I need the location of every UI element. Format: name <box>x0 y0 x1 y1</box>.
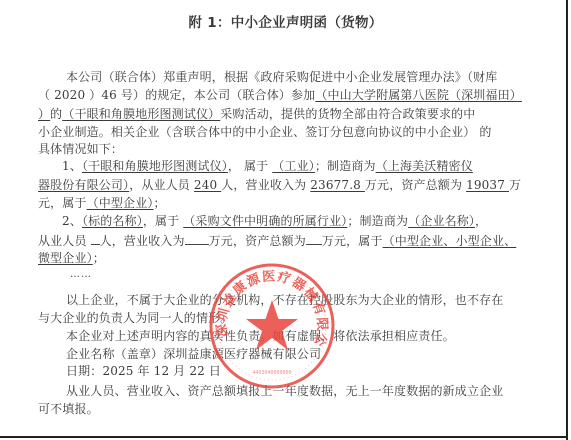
footnote-line1: 从业人员、营业收入、资产总额填报上一年度数据，无上一年度数据的新成立企业 <box>66 384 566 398</box>
item2-sep3: ， <box>475 214 487 228</box>
company-signature: 企业名称（盖章）深圳益康源医疗器械有限公司 <box>66 347 566 361</box>
item2-industry: （采购文件中明确的所属行业） <box>183 214 347 228</box>
text-of: 的 <box>50 107 62 121</box>
item1-sep1: ， 属于 <box>228 159 272 173</box>
para1-line5: 具体情况如下： <box>38 142 538 156</box>
purchaser-name: （中山大学附属第八医院（深圳福田） <box>315 88 522 102</box>
item1-assets-label: 万元，资产总额为 <box>365 178 466 192</box>
item1-staff: 240 <box>194 178 221 192</box>
para1-line1: 本公司（联合体）郑重声明，根据《政府采购促进中小企业发展管理办法》（财库 <box>66 70 566 84</box>
item2-sep2: ；制造商为 <box>347 214 408 228</box>
ellipsis: …… <box>70 268 570 282</box>
footnote-line2: 可不填报。 <box>38 402 538 416</box>
item1-line2: 器股份有限公司），从业人员 240 人，营业收入为 23677.8 万元，资产总… <box>38 178 538 192</box>
project-name: （干眼和角膜地形图测试仪） <box>62 107 220 121</box>
page-title: 附 1：中小企业声明函（货物） <box>0 11 571 31</box>
item2-size-cont: 微型企业） <box>38 251 93 265</box>
item2-line2: 从业人员 人，营业收入为万元，资产总额为万元，属于（中型企业、小型企业、 <box>38 233 538 248</box>
item1-revenue: 23677.8 <box>310 178 365 192</box>
page-border-right <box>566 0 568 440</box>
item1-maker: （上海美沃精密仪 <box>376 159 473 173</box>
declaration-date: 日期：2025 年 12 月 22 日 <box>66 364 566 378</box>
item2-size: （中型企业、小型企业、 <box>383 234 517 248</box>
item1-maker-cont: 器股份有限公司） <box>38 178 129 192</box>
item1-number: 1、 <box>62 159 82 173</box>
para1-line3: ）的（干眼和角膜地形图测试仪）采购活动，提供的货物全部由符合政策要求的中 <box>38 107 538 121</box>
para2-line3: 本企业对上述声明内容的真实性负责。如有虚假，将依法承担相应责任。 <box>66 329 566 343</box>
item1-industry: （工业） <box>272 159 315 173</box>
item2-line3: 微型企业）； <box>38 251 538 265</box>
item1-line3: 元，属于（中型企业）； <box>38 196 538 210</box>
para2-line1: 以上企业，不属于大企业的分支机构，不存在控股股东为大企业的情形，也不存在 <box>66 293 566 307</box>
item1-staff-label: ，从业人员 <box>129 178 194 192</box>
item2-size-label: 万元，属于 <box>322 234 383 248</box>
item2-staff-blank <box>91 233 100 245</box>
item2-end: ； <box>93 251 105 265</box>
item1-assets: 19037 <box>466 178 509 192</box>
item2-number: 2、 <box>62 214 82 228</box>
page-border-bottom <box>0 436 568 438</box>
item1-assets-unit: 万 <box>509 178 521 192</box>
item1-size: （中型企业） <box>87 196 154 210</box>
item1-size-label: 元，属于 <box>38 196 87 210</box>
item1-end: ； <box>154 196 166 210</box>
regulation-ref: （ 2020 ）46 号）的规定，本公司（联合体）参加 <box>38 88 315 102</box>
item2-maker: （企业名称） <box>408 214 475 228</box>
declaration-page: 附 1：中小企业声明函（货物） 本公司（联合体）郑重声明，根据《政府采购促进中小… <box>0 0 571 440</box>
item1-revenue-label: 人，营业收入为 <box>221 178 310 192</box>
para1-line2: （ 2020 ）46 号）的规定，本公司（联合体）参加（中山大学附属第八医院（深… <box>38 88 538 102</box>
item1-product: （干眼和角膜地形图测试仪） <box>82 159 228 173</box>
item1-sep2: ；制造商为 <box>315 159 376 173</box>
para1-line3-rest: 采购活动，提供的货物全部由符合政策要求的中 <box>220 107 475 121</box>
item2-sep1: ，属于 <box>143 214 183 228</box>
item2-assets-blank <box>306 233 322 245</box>
item2-revenue-blank <box>185 233 209 245</box>
purchaser-name-end: ） <box>38 107 50 121</box>
item2-product: （标的名称） <box>82 214 143 228</box>
item1-line1: 1、（干眼和角膜地形图测试仪）， 属于 （工业）；制造商为（上海美沃精密仪 <box>62 159 562 173</box>
item2-staff-label: 从业人员 <box>38 234 91 248</box>
item2-assets-label: 万元，资产总额为 <box>209 234 306 248</box>
item2-revenue-label: 人，营业收入为 <box>100 234 185 248</box>
para2-line2: 与大企业的负责人为同一人的情形。 <box>38 311 538 325</box>
item2-line1: 2、（标的名称），属于 （采购文件中明确的所属行业）；制造商为（企业名称）， <box>62 214 562 228</box>
para1-line4: 小企业制造。相关企业（含联合体中的中小企业、签订分包意向协议的中小企业） 的 <box>38 125 538 139</box>
